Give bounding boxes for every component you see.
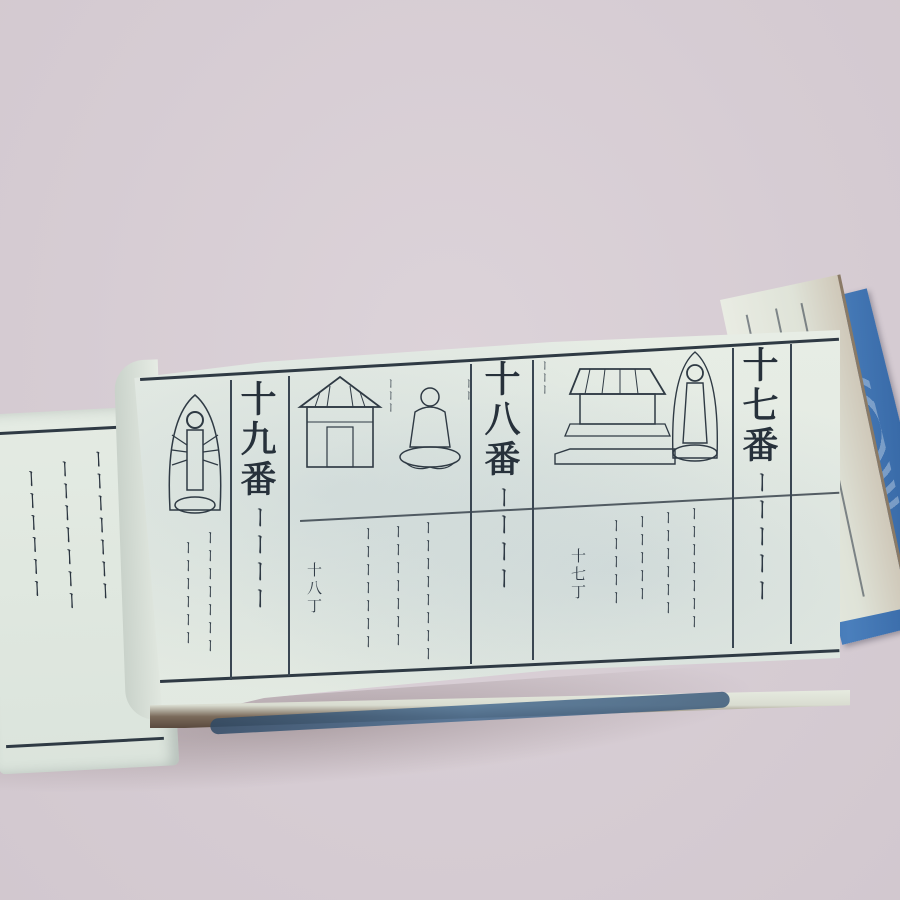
column-divider xyxy=(288,376,290,676)
text-column: ーーーーーー xyxy=(180,540,195,648)
text-column: ーーーーー xyxy=(608,518,623,608)
heading-19-script: ーーーー xyxy=(246,505,270,613)
photo-scene: ーーーーーーー ーーーーーーー ーーーーーー 十九番 十八番 十七番 ーーーー … xyxy=(0,0,900,900)
text-column: ーーーーーーー xyxy=(686,506,701,632)
heading-19: 十九番 xyxy=(238,380,274,500)
text-column: ーーーーーー xyxy=(660,510,675,618)
heading-17: 十七番 xyxy=(740,346,776,466)
illustration-caption: ーー xyxy=(460,378,476,402)
column-divider xyxy=(732,348,734,648)
text-column: ーーーーーーーー xyxy=(420,520,435,664)
illustration-caption: ーーー xyxy=(536,360,552,396)
page-number-18: 十八丁 xyxy=(306,562,321,616)
standing-kannon-illustration xyxy=(665,348,725,478)
column-divider xyxy=(532,360,534,660)
column-divider xyxy=(470,364,472,664)
heading-18: 十八番 xyxy=(482,360,518,480)
temple-hall-illustration xyxy=(550,354,680,484)
page-number-17: 十七丁 xyxy=(570,548,585,602)
text-column: ーーーーーーー xyxy=(360,526,375,652)
heading-17-script: ーーーーー xyxy=(748,470,772,605)
thousand-armed-kannon-illustration xyxy=(160,390,230,530)
column-divider xyxy=(790,344,792,644)
seated-deity-illustration xyxy=(390,372,470,482)
hexagonal-hall-illustration xyxy=(295,372,385,482)
column-divider xyxy=(230,380,232,680)
heading-18-script: ーーーー xyxy=(490,485,514,593)
text-column: ーーーーーーー xyxy=(390,524,405,650)
left-text-column: ーーーーーー xyxy=(20,468,47,601)
text-column: ーーーーーーー xyxy=(202,530,217,656)
text-column: ーーーーー xyxy=(634,514,649,604)
